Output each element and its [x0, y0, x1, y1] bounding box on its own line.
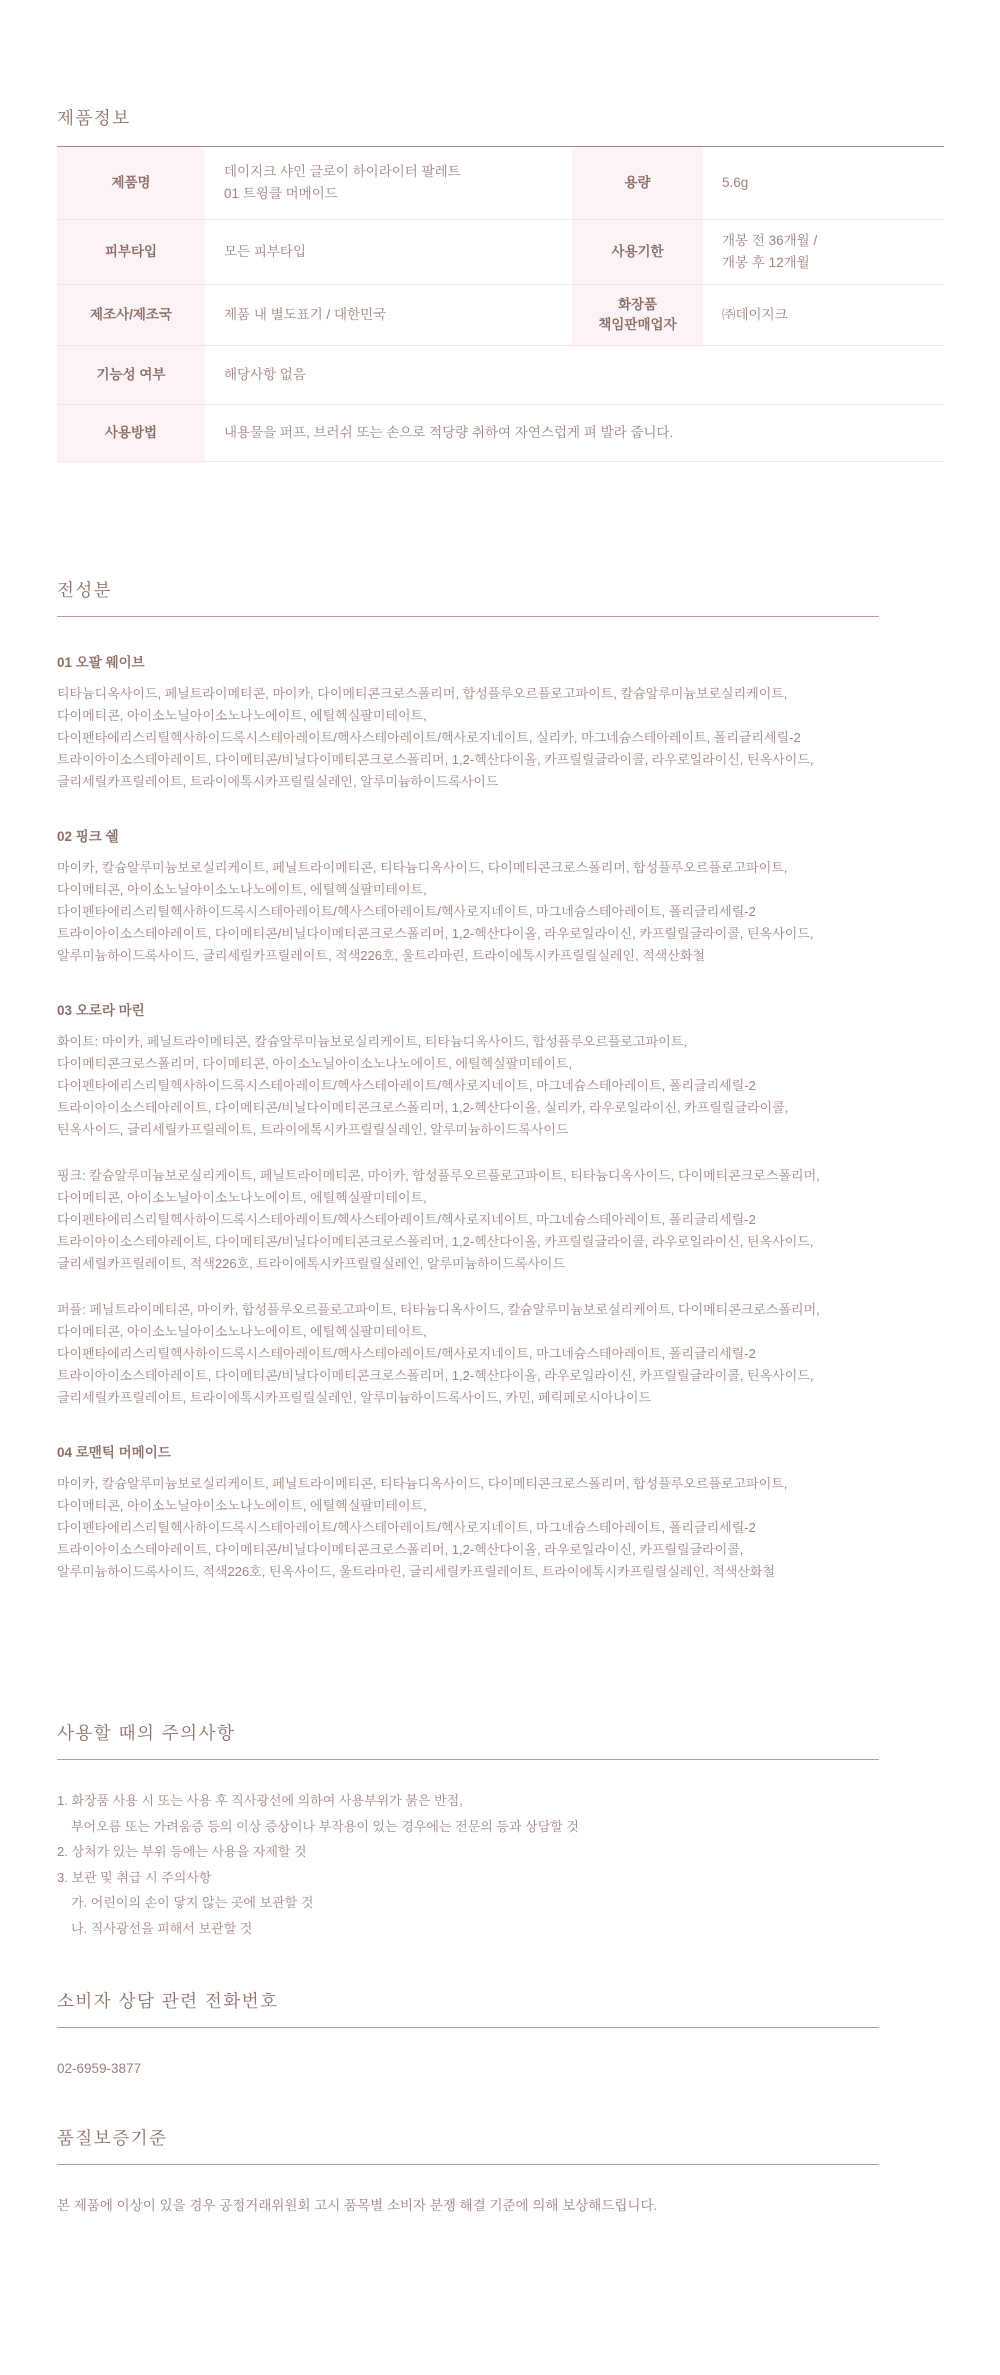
row-label-functionality: 기능성 여부 [57, 346, 205, 405]
ingredient-list-white: 화이트: 마이카, 페닐트라이메티콘, 칼슘알루미늄보로실리케이트, 티타늄디옥… [57, 1031, 944, 1141]
warranty-section: 품질보증기준 본 제품에 이상이 있을 경우 공정거래위원회 고시 품목별 소비… [57, 2126, 944, 2217]
row-label-manufacturer: 제조사/제조국 [57, 285, 205, 346]
precautions-list: 1. 화장품 사용 시 또는 사용 후 직사광선에 의하여 사용부위가 붉은 반… [57, 1788, 944, 1941]
section-heading-product-info: 제품정보 [57, 106, 944, 130]
row-label-usage: 사용방법 [57, 405, 205, 462]
table-row-usage: 사용방법 내용물을 퍼프, 브러쉬 또는 손으로 적당량 취하여 자연스럽게 펴… [57, 405, 944, 462]
row-value-product-name: 데이지크 샤인 글로이 하이라이터 팔레트 01 트윙클 머메이드 [205, 147, 572, 220]
row-label-volume: 용량 [572, 147, 703, 220]
row-value-volume: 5.6g [703, 147, 944, 220]
precaution-line: 부어오름 또는 가려움증 등의 이상 증상이나 부작용이 있는 경우에는 전문의… [57, 1814, 944, 1840]
precaution-line: 1. 화장품 사용 시 또는 사용 후 직사광선에 의하여 사용부위가 붉은 반… [57, 1788, 944, 1814]
section-heading-consumer-phone: 소비자 상담 관련 전화번호 [57, 1989, 879, 2028]
row-value-usage: 내용물을 퍼프, 브러쉬 또는 손으로 적당량 취하여 자연스럽게 펴 발라 줍… [205, 405, 944, 462]
row-label-seller: 화장품 책임판매업자 [572, 285, 703, 346]
ingredient-group-title: 02 핑크 쉘 [57, 827, 944, 847]
row-label-expiry: 사용기한 [572, 220, 703, 285]
precaution-subline: 가. 어린이의 손이 닿지 않는 곳에 보관할 것 [57, 1890, 944, 1916]
row-value-seller: ㈜데이지크 [703, 285, 944, 346]
section-heading-warranty: 품질보증기준 [57, 2126, 879, 2165]
consumer-phone-section: 소비자 상담 관련 전화번호 02-6959-3877 [57, 1989, 944, 2080]
ingredient-group-title: 04 로맨틱 머메이드 [57, 1443, 944, 1463]
row-value-skin-type: 모든 피부타입 [205, 220, 572, 285]
phone-number: 02-6959-3877 [57, 2058, 944, 2080]
ingredient-group-03: 03 오로라 마린 화이트: 마이카, 페닐트라이메티콘, 칼슘알루미늄보로실리… [57, 1001, 944, 1409]
table-row-functionality: 기능성 여부 해당사항 없음 [57, 346, 944, 405]
row-value-expiry: 개봉 전 36개월 / 개봉 후 12개월 [703, 220, 944, 285]
precaution-line: 3. 보관 및 취급 시 주의사항 [57, 1865, 944, 1891]
ingredient-group-04: 04 로맨틱 머메이드 마이카, 칼슘알루미늄보로실리케이트, 페닐트라이메티콘… [57, 1443, 944, 1583]
table-row-product-name: 제품명 데이지크 샤인 글로이 하이라이터 팔레트 01 트윙클 머메이드 용량… [57, 147, 944, 220]
row-label-product-name: 제품명 [57, 147, 205, 220]
row-value-manufacturer: 제품 내 별도표기 / 대한민국 [205, 285, 572, 346]
ingredient-group-02: 02 핑크 쉘 마이카, 칼슘알루미늄보로실리케이트, 페닐트라이메티콘, 티타… [57, 827, 944, 967]
precaution-line: 2. 상처가 있는 부위 등에는 사용을 자제할 것 [57, 1839, 944, 1865]
ingredient-group-title: 03 오로라 마린 [57, 1001, 944, 1021]
ingredient-list: 마이카, 칼슘알루미늄보로실리케이트, 페닐트라이메티콘, 티타늄디옥사이드, … [57, 857, 944, 967]
ingredient-list: 마이카, 칼슘알루미늄보로실리케이트, 페닐트라이메티콘, 티타늄디옥사이드, … [57, 1473, 944, 1583]
ingredient-group-title: 01 오팔 웨이브 [57, 653, 944, 673]
ingredient-list: 티타늄디옥사이드, 페닐트라이메티콘, 마이카, 다이메티콘크로스폴리머, 합성… [57, 683, 944, 793]
product-detail-page: 제품정보 제품명 데이지크 샤인 글로이 하이라이터 팔레트 01 트윙클 머메… [0, 106, 1000, 2297]
product-info-table: 제품명 데이지크 샤인 글로이 하이라이터 팔레트 01 트윙클 머메이드 용량… [57, 146, 944, 462]
precautions-section: 사용할 때의 주의사항 1. 화장품 사용 시 또는 사용 후 직사광선에 의하… [57, 1721, 944, 1941]
table-row-manufacturer: 제조사/제조국 제품 내 별도표기 / 대한민국 화장품 책임판매업자 ㈜데이지… [57, 285, 944, 346]
ingredient-group-01: 01 오팔 웨이브 티타늄디옥사이드, 페닐트라이메티콘, 마이카, 다이메티콘… [57, 653, 944, 793]
warranty-text: 본 제품에 이상이 있을 경우 공정거래위원회 고시 품목별 소비자 분쟁 해결… [57, 2195, 944, 2217]
precaution-subline: 나. 직사광선을 피해서 보관할 것 [57, 1916, 944, 1942]
ingredient-list-purple: 퍼플: 페닐트라이메티콘, 마이카, 합성플루오르플로고파이트, 티타늄디옥사이… [57, 1299, 944, 1409]
ingredients-section: 전성분 01 오팔 웨이브 티타늄디옥사이드, 페닐트라이메티콘, 마이카, 다… [57, 578, 944, 1583]
section-heading-ingredients: 전성분 [57, 578, 879, 617]
ingredient-list-pink: 핑크: 칼슘알루미늄보로실리케이트, 페닐트라이메티콘, 마이카, 합성플루오르… [57, 1165, 944, 1275]
table-row-skin-type: 피부타입 모든 피부타입 사용기한 개봉 전 36개월 / 개봉 후 12개월 [57, 220, 944, 285]
row-value-functionality: 해당사항 없음 [205, 346, 944, 405]
section-heading-precautions: 사용할 때의 주의사항 [57, 1721, 879, 1760]
row-label-skin-type: 피부타입 [57, 220, 205, 285]
